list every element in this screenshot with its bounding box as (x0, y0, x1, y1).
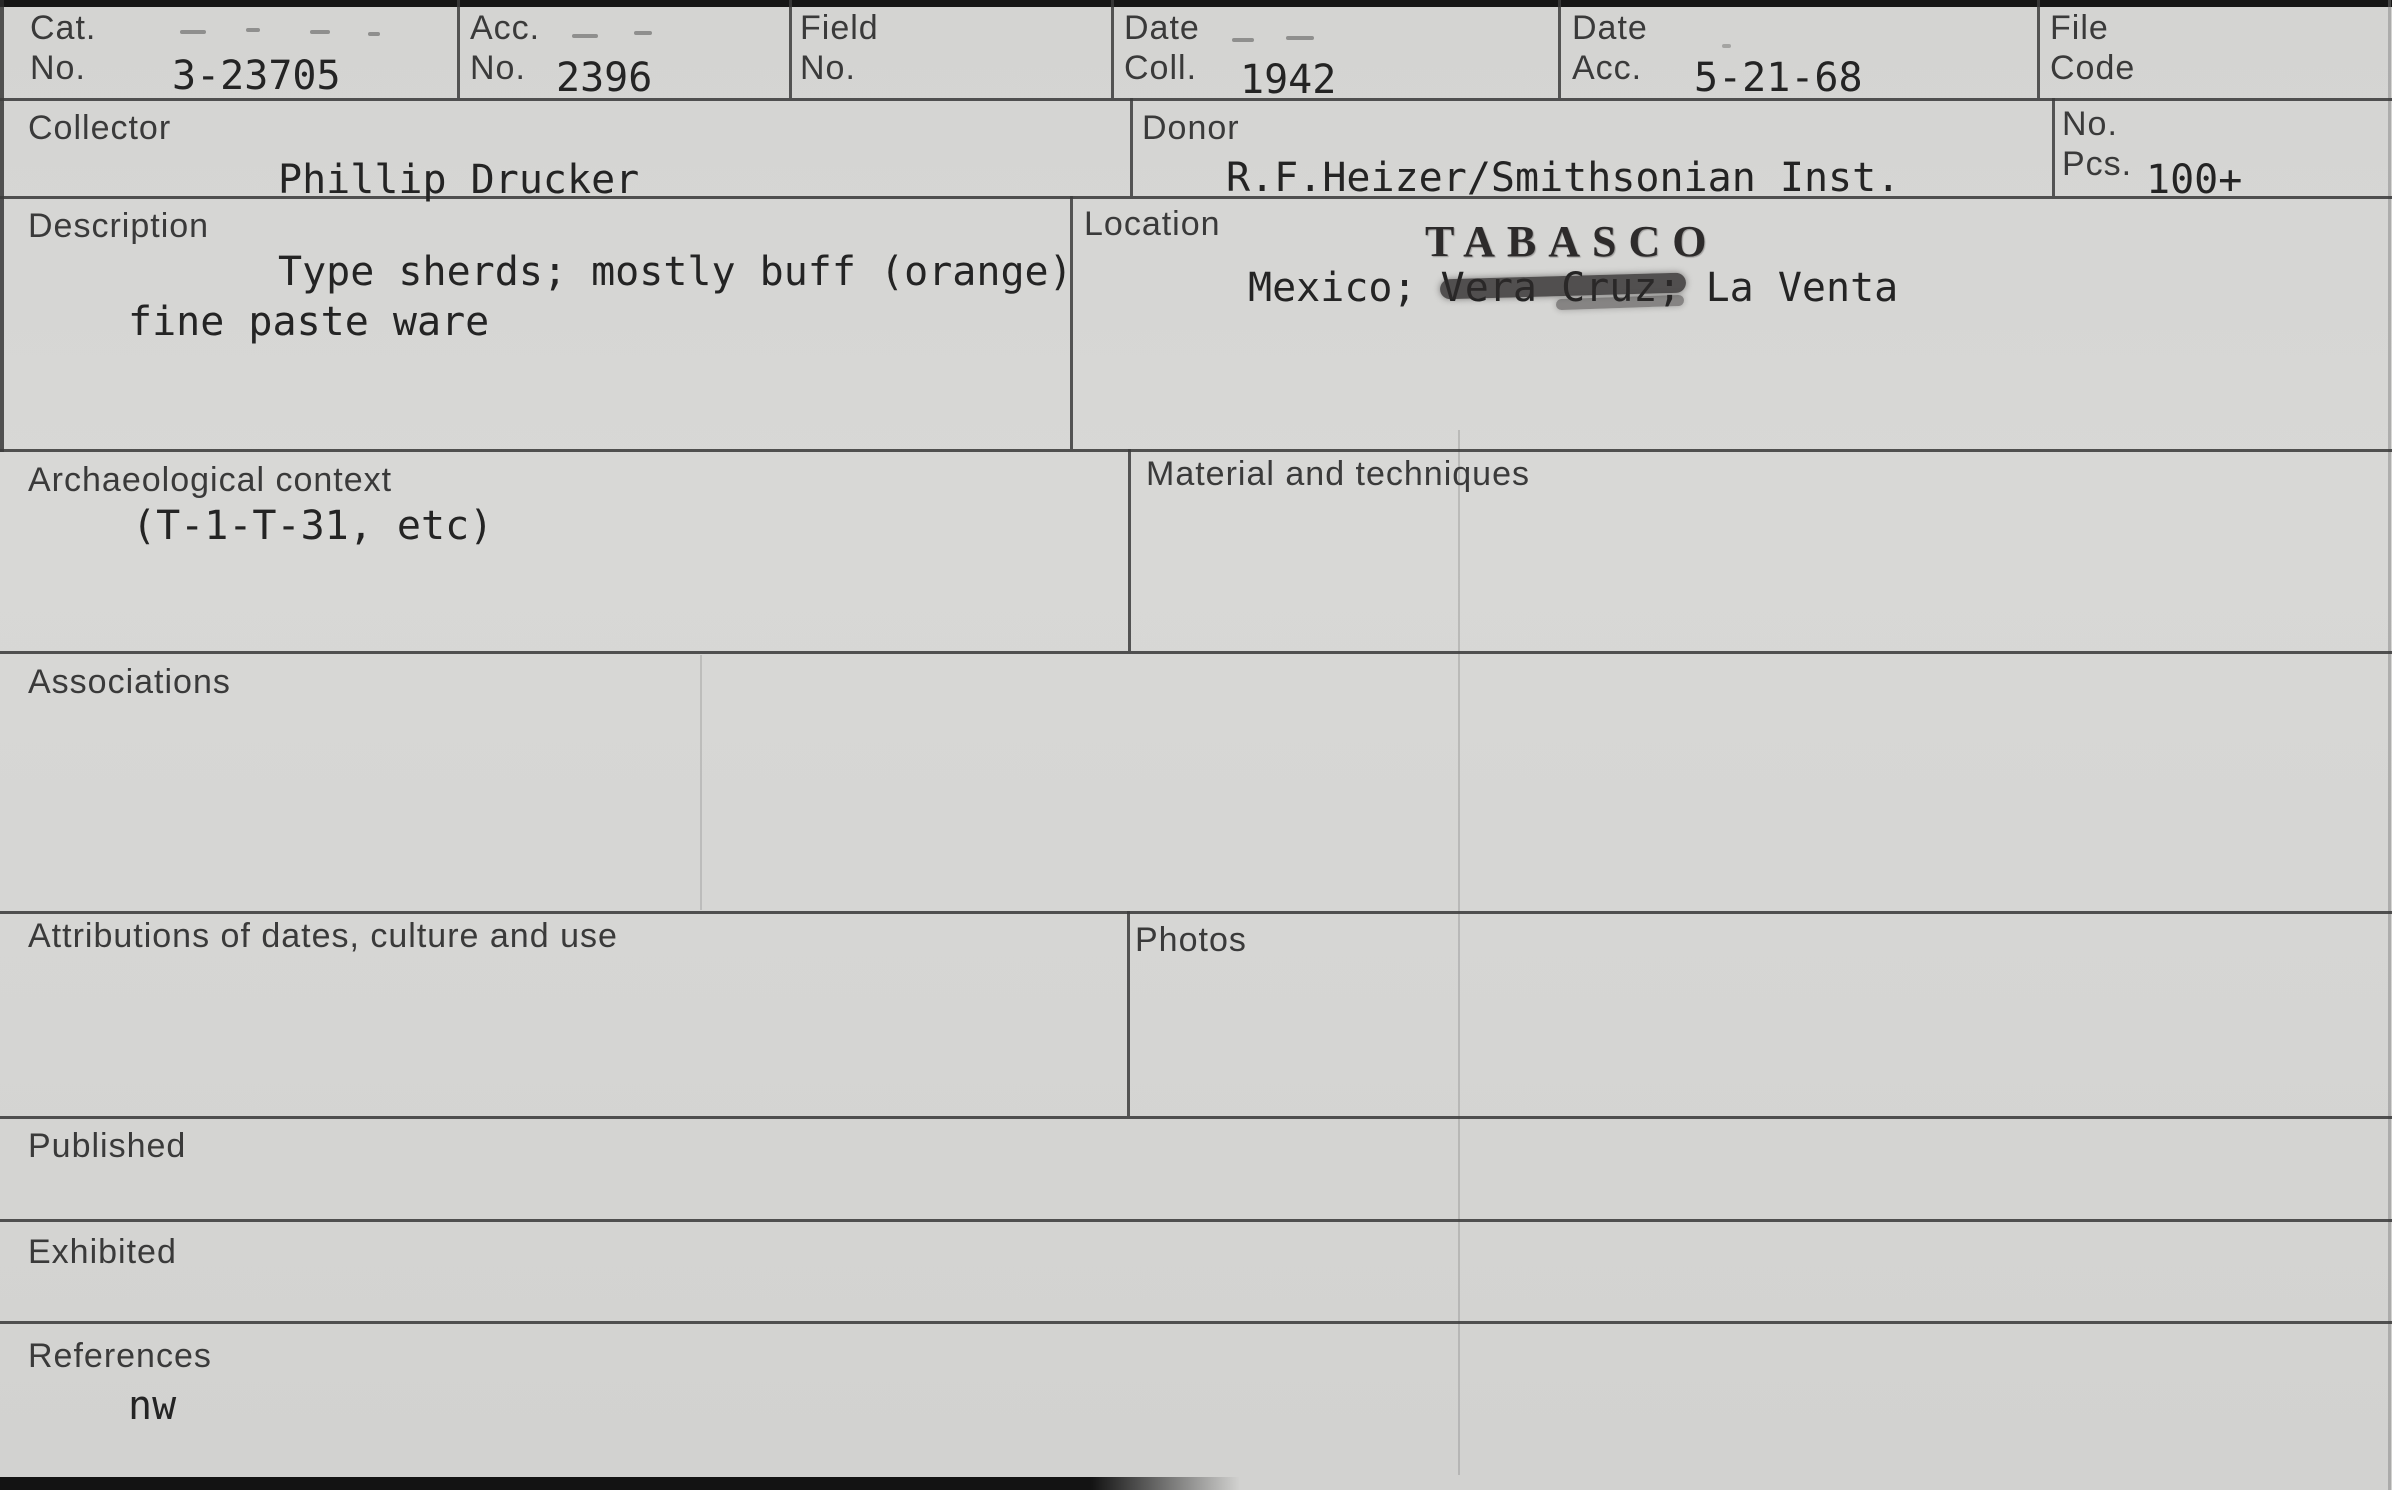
attributions-label: Attributions of dates, culture and use (28, 916, 618, 956)
cat-no-value: 3-23705 (172, 54, 341, 98)
associations-label: Associations (28, 662, 231, 702)
pencil-dash (246, 28, 260, 32)
location-value-prefix: Mexico; (1248, 265, 1441, 311)
grid-hline (0, 1219, 2392, 1222)
acc-no-label: Acc. No. (470, 8, 540, 88)
scan-bottom-edge (0, 1477, 1240, 1490)
grid-vline (789, 0, 792, 98)
exhibited-label: Exhibited (28, 1232, 177, 1272)
paper-crease (1458, 430, 1460, 1475)
location-label: Location (1084, 204, 1221, 244)
location-value-suffix: ; La Venta (1657, 265, 1898, 311)
pencil-dash (368, 32, 380, 36)
grid-hline (0, 98, 2392, 101)
date-coll-value: 1942 (1240, 58, 1336, 102)
references-value: nw (128, 1384, 176, 1428)
grid-hline (0, 1116, 2392, 1119)
no-pcs-value: 100+ (2146, 158, 2242, 202)
pencil-dash (572, 34, 598, 38)
grid-vline (1558, 0, 1561, 98)
published-label: Published (28, 1126, 186, 1166)
pencil-dash (180, 30, 206, 34)
arch-context-value: (T-1-T-31, etc) (132, 504, 493, 548)
collector-label: Collector (28, 108, 171, 148)
references-label: References (28, 1336, 212, 1376)
file-code-label: File Code (2050, 8, 2135, 88)
grid-vline (1111, 0, 1114, 98)
grid-vline (1130, 98, 1133, 196)
description-value-line2: fine paste ware (128, 300, 489, 344)
grid-vline (1070, 196, 1073, 449)
no-pcs-label: No. Pcs. (2062, 104, 2132, 184)
pencil-dash (1722, 44, 1731, 48)
scan-left-edge (0, 0, 4, 452)
collector-value: Phillip Drucker (278, 158, 639, 202)
grid-hline (0, 1321, 2392, 1324)
grid-hline (0, 449, 2392, 452)
date-acc-value: 5-21-68 (1694, 56, 1863, 100)
photos-label: Photos (1135, 920, 1247, 960)
pencil-dash (634, 31, 652, 35)
pencil-dash (310, 30, 330, 34)
grid-vline (2052, 98, 2055, 196)
tabasco-stamp: TABASCO (1425, 216, 1718, 267)
donor-value: R.F.Heizer/Smithsonian Inst. (1226, 156, 1900, 200)
catalog-card: Cat. No. Acc. No. Field No. Date Coll. D… (0, 0, 2392, 1490)
grid-vline (1127, 911, 1130, 1116)
grid-vline (457, 0, 460, 98)
grid-hline (0, 651, 2392, 654)
grid-vline (2037, 0, 2040, 98)
donor-label: Donor (1142, 108, 1240, 148)
scan-right-edge (2388, 0, 2391, 1490)
date-coll-label: Date Coll. (1124, 8, 1200, 88)
scan-top-edge (0, 0, 2392, 7)
acc-no-value: 2396 (556, 56, 652, 100)
field-no-label: Field No. (800, 8, 879, 88)
pencil-dash (1232, 38, 1254, 42)
paper-crease (700, 655, 702, 910)
grid-hline (0, 911, 2392, 914)
date-acc-label: Date Acc. (1572, 8, 1648, 88)
material-label: Material and techniques (1146, 454, 1530, 494)
pencil-dash (1286, 36, 1314, 40)
grid-vline (1128, 449, 1131, 651)
description-label: Description (28, 206, 209, 246)
arch-context-label: Archaeological context (28, 460, 392, 500)
cat-no-label: Cat. No. (30, 8, 96, 88)
description-value-line1: Type sherds; mostly buff (orange) (278, 250, 1073, 294)
